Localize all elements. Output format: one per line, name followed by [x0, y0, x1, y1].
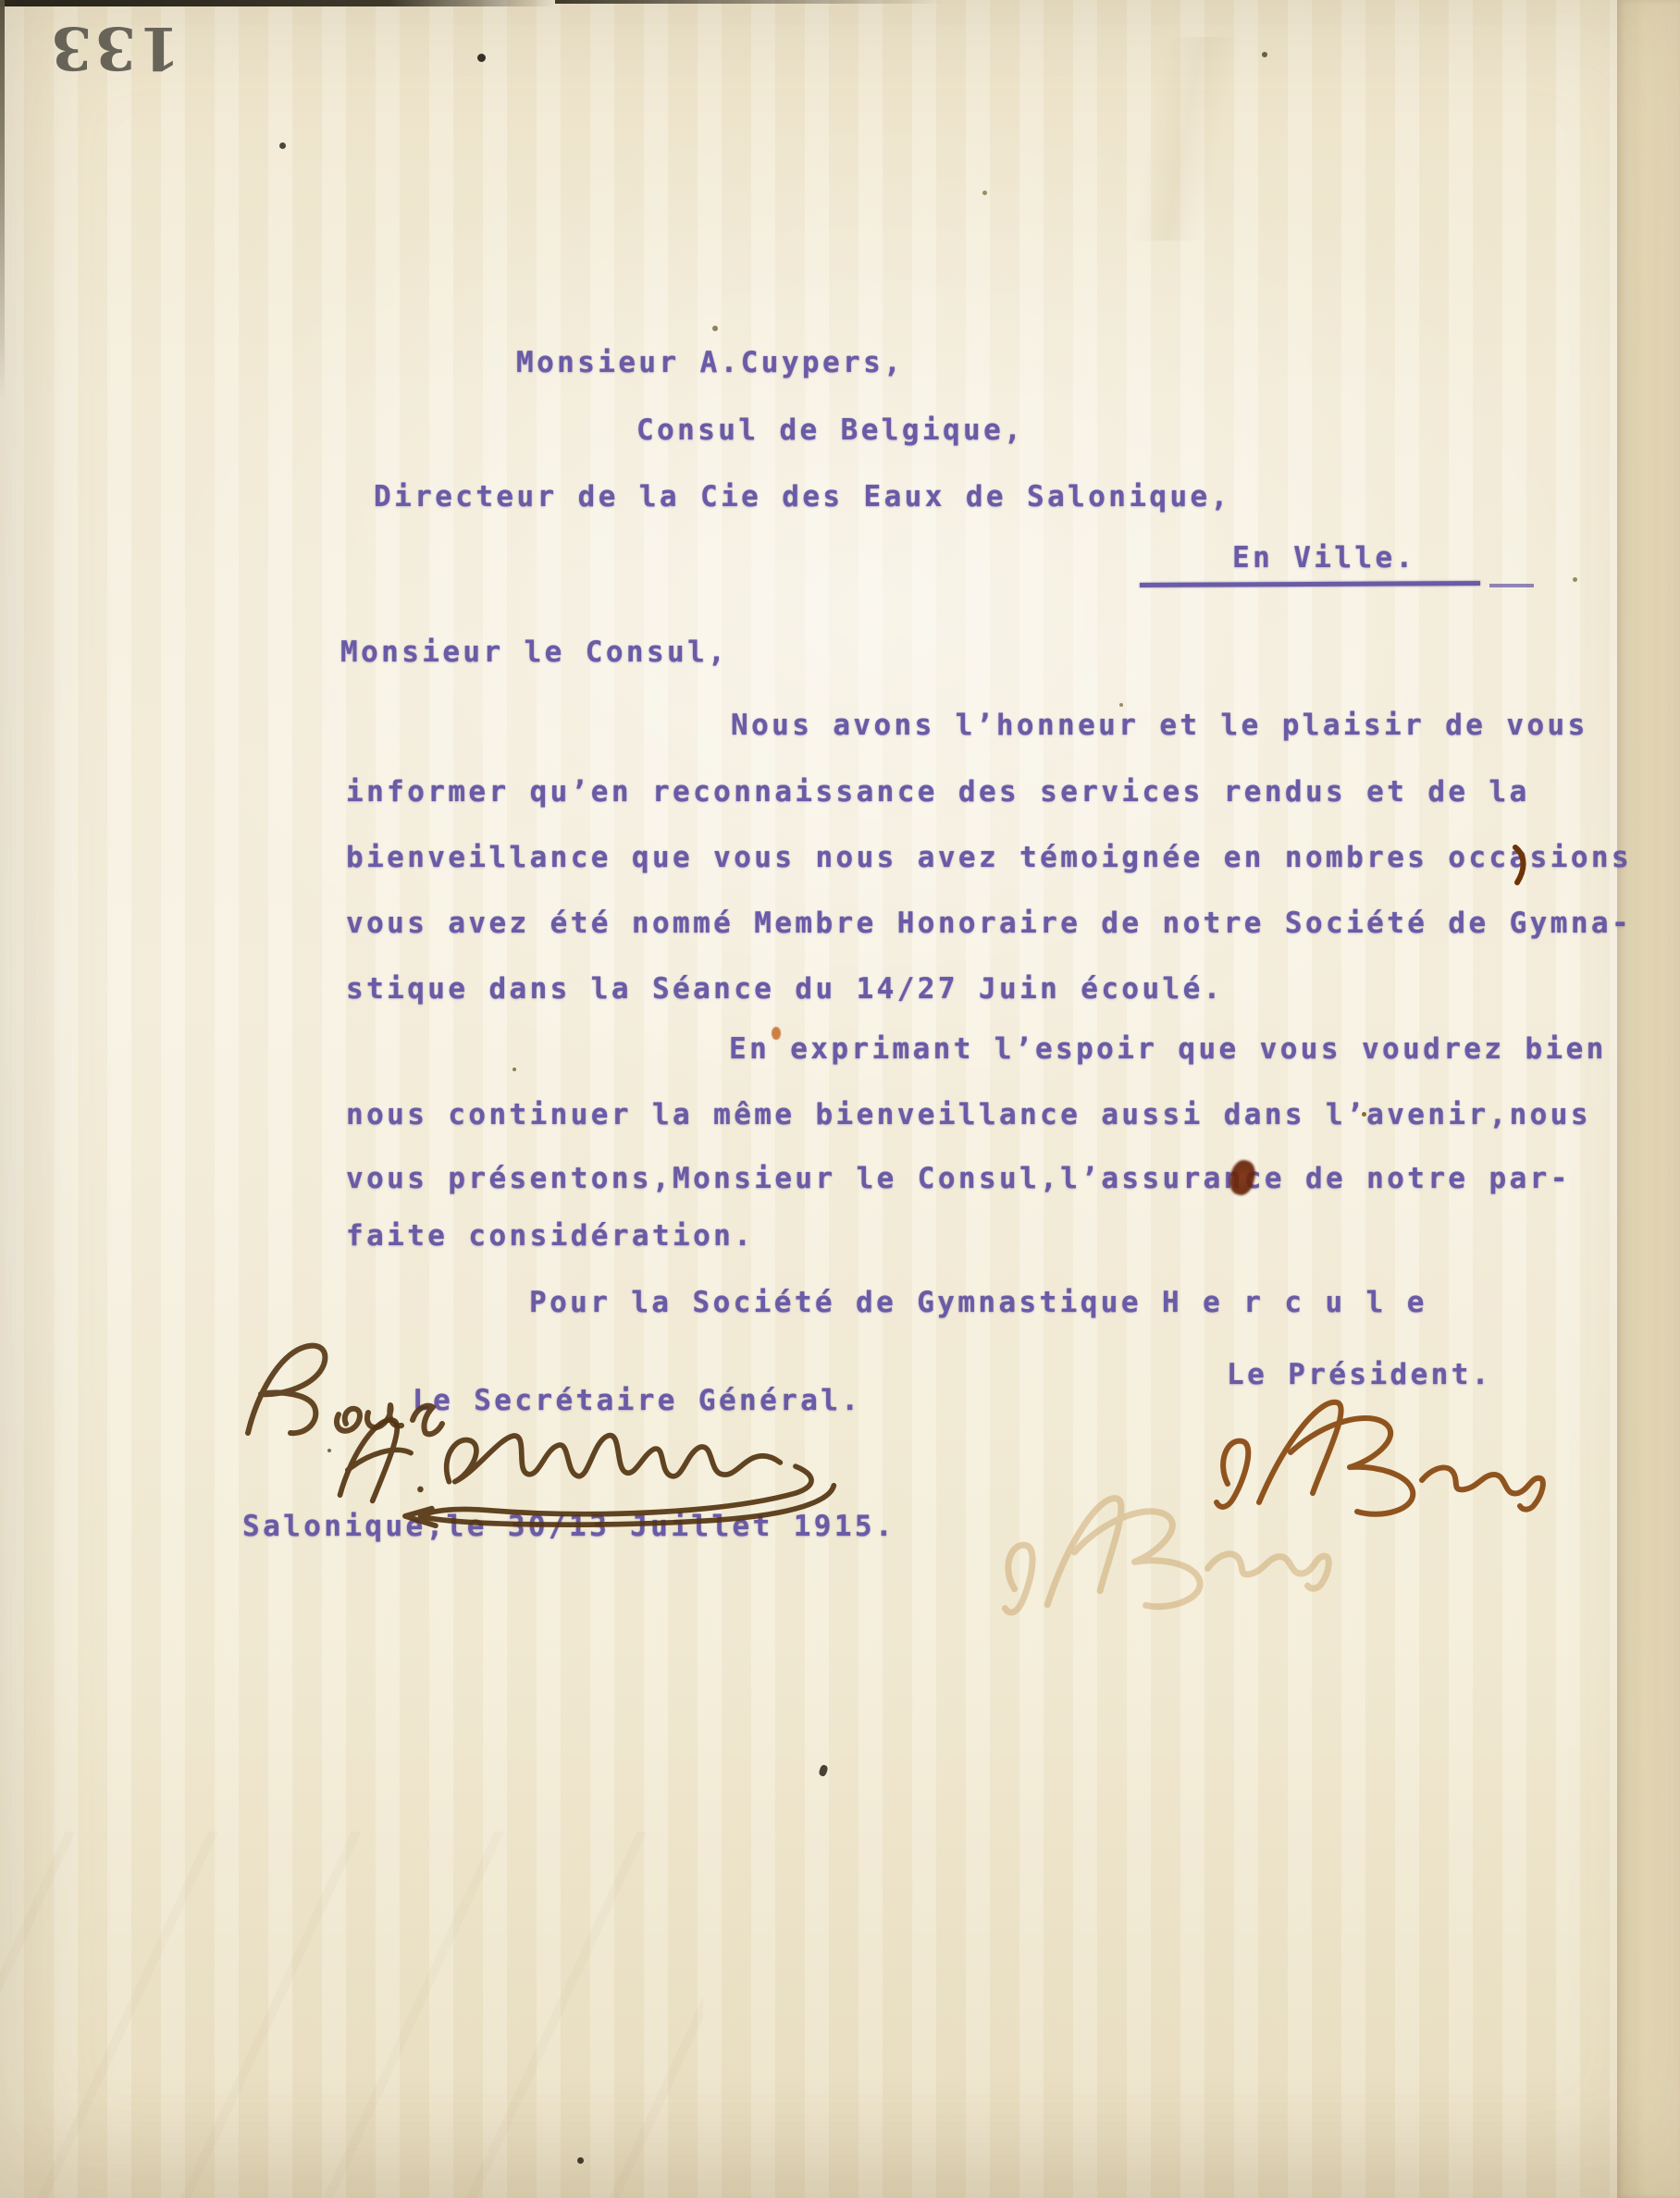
scan-edge-top [0, 0, 555, 6]
paper-speck [1573, 577, 1577, 582]
paper-speck [1262, 52, 1267, 57]
paper-speck [712, 326, 718, 331]
paper-crease [833, 37, 1536, 241]
scan-edge-top-faint [555, 0, 944, 4]
paper-speck [818, 1764, 828, 1777]
paper-speck [513, 1068, 516, 1071]
city-underline-dash [1489, 584, 1534, 587]
body-line: nous continuer la même bienveillance aus… [346, 1098, 1591, 1131]
body-line: Nous avons l’honneur et le plaisir de vo… [731, 709, 1588, 742]
body-line: vous avez été nommé Membre Honoraire de … [346, 907, 1632, 940]
scan-edge-left [0, 0, 5, 398]
president-signature [953, 1377, 1600, 1654]
body-line: informer qu’en reconnaissance des servic… [346, 775, 1530, 809]
paper-speck [577, 2157, 584, 2164]
recipient-city: En Ville. [1232, 541, 1416, 574]
salutation: Monsieur le Consul, [340, 636, 728, 669]
paper-speck [279, 142, 286, 149]
president-title: Le Président. [1227, 1358, 1492, 1391]
recipient-title-line: Consul de Belgique, [636, 414, 1024, 447]
president-signature-ghost [996, 1480, 1331, 1620]
page-number: 133 [48, 13, 180, 82]
recipient-name: Monsieur A.Cuypers, [516, 346, 904, 379]
body-line: stique dans la Séance du 14/27 Juin écou… [346, 972, 1224, 1006]
paper-speck [982, 191, 987, 195]
recipient-position-line: Directeur de la Cie des Eaux de Saloniqu… [374, 480, 1231, 513]
body-line: vous présentons,Monsieur le Consul,l’ass… [346, 1162, 1571, 1195]
paper-fold-band [1617, 0, 1680, 2198]
body-line: En exprimant l’espoir que vous voudrez b… [729, 1032, 1607, 1066]
city-underline [1140, 581, 1480, 587]
secretary-title: Le Secrétaire Général. [413, 1384, 861, 1417]
paper-wrinkles [0, 1832, 703, 2198]
paper-speck [327, 1449, 331, 1452]
body-line: bienveillance que vous nous avez témoign… [346, 841, 1632, 874]
organization-line: Pour la Société de Gymnastique H e r c u… [529, 1286, 1427, 1319]
body-line: faite considération. [346, 1219, 754, 1253]
dateline: Salonique,le 30/13 Juillet 1915. [242, 1510, 896, 1543]
scanned-letter-page: 133 Monsieur A.Cuypers, Consul de Belgiq… [0, 0, 1680, 2198]
paper-speck [477, 54, 486, 62]
paper-speck [1119, 703, 1123, 707]
